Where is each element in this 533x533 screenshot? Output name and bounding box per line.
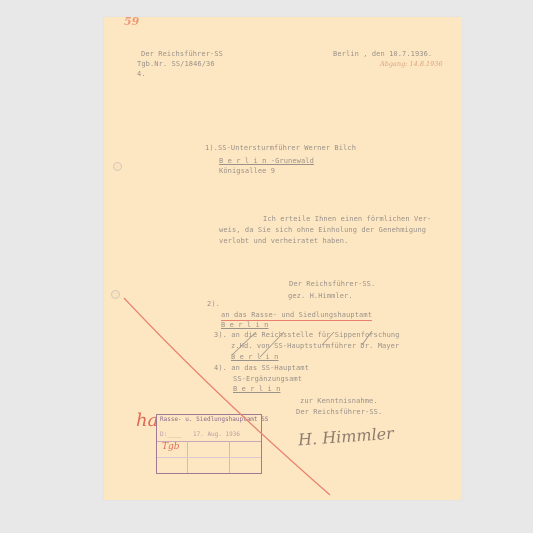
pencil-markings (0, 0, 533, 533)
